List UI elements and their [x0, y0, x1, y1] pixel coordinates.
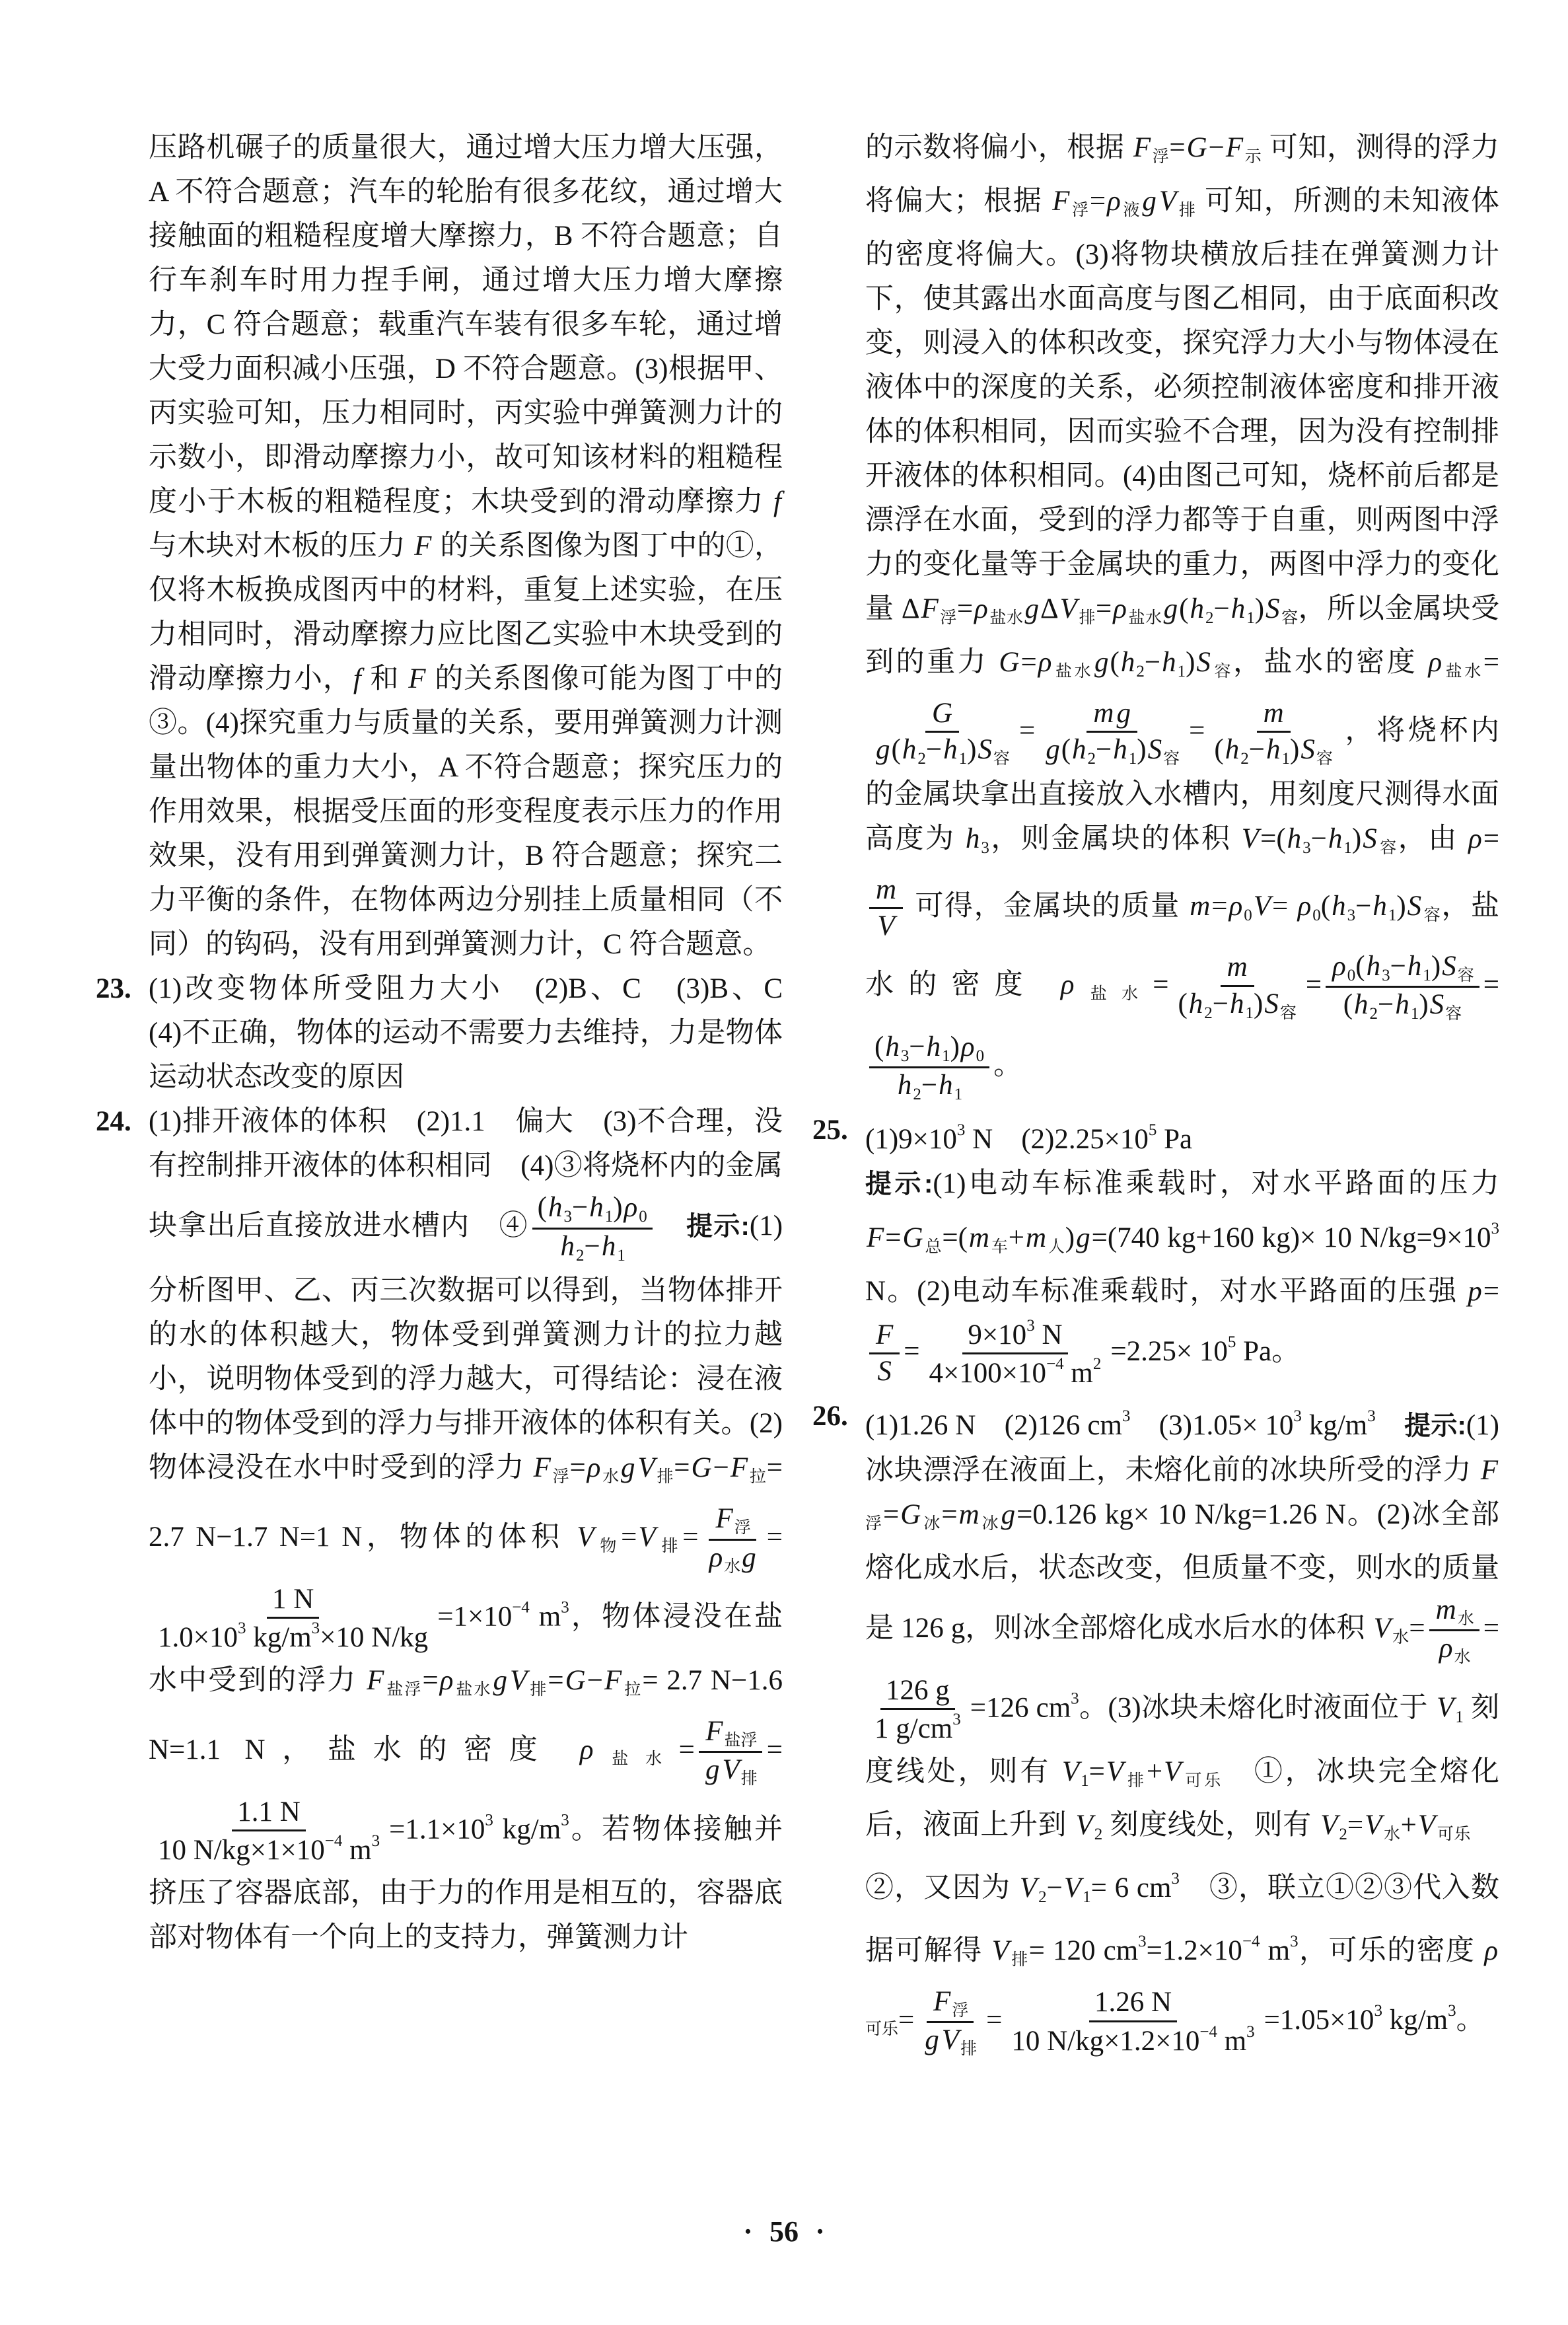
subscript: 示 — [1244, 148, 1262, 166]
math-variable: ρ — [623, 1192, 639, 1223]
text-run: = — [1483, 969, 1499, 1000]
subscript: 容 — [1423, 906, 1441, 924]
math-variable: F — [1051, 186, 1071, 217]
math-variable: ρ — [439, 1665, 455, 1696]
text-run: ( — [874, 1031, 884, 1062]
superscript: 3 — [1491, 1220, 1499, 1237]
fraction: mV — [869, 873, 903, 944]
text-run: ( — [1214, 734, 1223, 765]
fraction-denominator: (h2−h1)S容 — [1338, 988, 1467, 1025]
text-run: − — [1355, 891, 1371, 922]
subscript: 水 — [602, 1468, 620, 1486]
subscript: 1 — [1455, 1708, 1464, 1726]
subscript: 2 — [1136, 663, 1145, 681]
math-variable: V — [1075, 1810, 1094, 1841]
subscript: 盐浮 — [724, 1732, 757, 1750]
subscript: 3 — [981, 839, 989, 857]
fraction: ρ0(h3−h1)S容(h2−h1)S容 — [1326, 949, 1479, 1025]
math-variable: S — [1299, 734, 1316, 765]
text-run: − — [1378, 989, 1394, 1020]
text-run: 1 g/cm — [874, 1713, 952, 1744]
subscript: 浮 — [952, 2002, 968, 2020]
item-body: (1)改变物体所受阻力大小 (2)B、C (3)B、C (4)不正确，物体的运动… — [149, 967, 783, 1099]
math-variable: h — [1230, 593, 1247, 624]
superscript: 5 — [1149, 1121, 1157, 1139]
subscript: 总 — [925, 1238, 943, 1256]
fraction-numerator: F浮 — [709, 1502, 756, 1541]
text-run: = — [1306, 969, 1322, 1000]
math-variable: S — [1406, 891, 1423, 922]
math-variable: F — [1225, 132, 1244, 163]
item-body: (1)9×103 N (2)2.25×105 Pa提示:(1)电动车标准乘载时，… — [865, 1108, 1499, 1394]
math-variable: ρ — [708, 1542, 725, 1573]
text-run: 9×10 — [968, 1319, 1026, 1350]
math-variable: h — [1160, 647, 1178, 678]
answer-item: 26.(1)1.26 N (2)126 cm3 (3)1.05× 103 kg/… — [812, 1394, 1499, 2063]
fraction-denominator: ρ水 — [1433, 1631, 1476, 1668]
subscript: 盐水 — [989, 609, 1024, 627]
text-run: ( — [1321, 891, 1330, 922]
text-run: = 120 cm — [1029, 1935, 1139, 1966]
math-variable: m — [1435, 1594, 1458, 1625]
subscript: 2 — [1094, 1826, 1103, 1843]
subscript: 盐水 — [1128, 609, 1162, 627]
text-run: = — [1019, 715, 1035, 746]
math-variable: h — [1265, 734, 1282, 765]
math-variable: h — [1286, 823, 1303, 854]
subscript: 盐水 — [1443, 663, 1483, 681]
text-run: ) — [1431, 951, 1441, 982]
text-run: = — [422, 1665, 438, 1696]
text-run: 126 g — [886, 1675, 950, 1706]
subscript: 盐水 — [1076, 985, 1153, 1003]
math-variable: V — [876, 910, 896, 941]
math-variable: m — [1262, 698, 1285, 729]
math-variable: m — [874, 874, 898, 905]
math-variable: V — [721, 1754, 740, 1785]
fraction-numerator: 1.26 N — [1089, 1985, 1177, 2022]
text-run: = — [767, 1734, 783, 1765]
subscript: 水 — [1383, 1826, 1400, 1843]
math-variable: F — [1479, 1455, 1499, 1486]
subscript: 排 — [1178, 202, 1197, 219]
text-run: = — [1483, 1613, 1499, 1644]
text-run: =1×10 — [437, 1601, 512, 1632]
text-run: + — [1401, 1810, 1417, 1841]
fraction-denominator: ρ水g — [703, 1541, 763, 1578]
text-run: =1.2×10 — [1147, 1935, 1242, 1966]
subscript: 排 — [528, 1681, 548, 1699]
fraction: 1.26 N10 N/kg×1.2×10−4 m3 — [1006, 1985, 1260, 2059]
text-run: ，可乐的密度 — [1299, 1935, 1483, 1966]
fraction-denominator: (h2−h1)S容 — [1209, 733, 1337, 770]
math-variable: G — [931, 698, 954, 729]
subscript: 容 — [1445, 1005, 1462, 1023]
subscript: 1 — [1411, 1005, 1419, 1023]
text-run: = — [1096, 593, 1112, 624]
math-variable: ρ — [960, 1031, 976, 1062]
text-run: 的示数将偏小，根据 — [865, 132, 1132, 163]
subscript: 0 — [1244, 906, 1252, 924]
fraction-numerator: (h3−h1)ρ0 — [869, 1030, 989, 1069]
math-variable: h — [1071, 734, 1088, 765]
math-variable: F — [365, 1665, 385, 1696]
text-run: =1.1×10 — [389, 1814, 485, 1845]
subscript: 水 — [1458, 1610, 1474, 1628]
text-run: ) — [1254, 988, 1263, 1019]
fraction-denominator: gV排 — [918, 2023, 982, 2060]
text-run: − — [921, 1070, 937, 1101]
math-variable: V — [1063, 1872, 1083, 1903]
math-variable: G — [899, 1499, 922, 1530]
text-run: ( — [892, 734, 901, 765]
math-variable: ρ — [579, 1734, 595, 1765]
text-run: − — [1213, 593, 1229, 624]
math-variable: m — [1226, 951, 1249, 982]
math-variable: g — [492, 1665, 509, 1696]
math-variable: h — [925, 1031, 943, 1062]
subscript: 浮 — [865, 1515, 883, 1533]
text-run: m — [1217, 2026, 1246, 2057]
math-variable: F — [532, 1452, 552, 1483]
text-run: − — [1145, 647, 1160, 678]
math-variable: h — [1188, 593, 1205, 624]
subscript: 0 — [639, 1208, 647, 1226]
subscript: 1 — [1343, 839, 1352, 857]
text-run: − — [1209, 132, 1225, 163]
text-run: = — [767, 1522, 783, 1553]
text-run: 4×100×10 — [929, 1358, 1047, 1389]
subscript: 排 — [657, 1537, 683, 1555]
math-variable: ρ — [1483, 1935, 1499, 1966]
math-variable: g — [1115, 698, 1132, 729]
superscript: 3 — [561, 1811, 569, 1829]
subscript: 1 — [617, 1247, 625, 1265]
subscript: 0 — [976, 1047, 985, 1065]
hint-label: 提示: — [686, 1212, 750, 1241]
math-variable: m — [1092, 698, 1115, 729]
math-variable: ρ — [1438, 1633, 1454, 1664]
superscript: 3 — [952, 1711, 961, 1728]
fraction-denominator: 10 N/kg×1.2×10−4 m3 — [1006, 2022, 1260, 2059]
math-variable: V — [637, 1522, 657, 1553]
subscript: 浮 — [1071, 202, 1090, 219]
text-run: 和 — [363, 663, 407, 694]
math-variable: V — [1061, 1756, 1081, 1787]
text-run: 1.0×10 — [158, 1622, 238, 1653]
math-variable: V — [1435, 1692, 1455, 1723]
subscript: 排 — [1079, 609, 1096, 627]
math-variable: g — [923, 2024, 941, 2055]
text-run: − — [572, 1192, 588, 1223]
math-variable: V — [1319, 1810, 1339, 1841]
subscript: 容 — [993, 750, 1010, 768]
text-run: 10 N/kg×1×10 — [158, 1835, 325, 1866]
fraction: (h3−h1)ρ0h2−h1 — [869, 1030, 989, 1105]
text-run: ( — [1355, 951, 1365, 982]
superscript: 5 — [1228, 1333, 1236, 1351]
text-run: m — [1260, 1935, 1291, 1966]
superscript: −4 — [325, 1832, 343, 1850]
text-run: 的关系图像可能为图丁中的③。(4)探究重力与质量的关系，要用弹簧测力计测量出物体… — [149, 663, 783, 960]
text-run: ，则金属块的体积 — [989, 823, 1240, 854]
superscript: −4 — [1242, 1933, 1260, 1950]
text-run: − — [926, 734, 942, 765]
subscript: 2 — [1205, 609, 1214, 627]
math-variable: ρ — [1059, 969, 1076, 1000]
fraction: FS — [869, 1318, 900, 1389]
superscript: 3 — [485, 1811, 493, 1829]
text-run: 压路机碾子的质量很大，通过增大压力增大压强，A 不符合题意；汽车的轮胎有很多花纹… — [149, 132, 783, 517]
superscript: −4 — [512, 1598, 530, 1616]
fraction-numerator: 1 N — [267, 1582, 319, 1619]
math-variable: h — [1353, 989, 1370, 1020]
text-run: = — [1153, 969, 1168, 1000]
math-variable: g — [1023, 593, 1040, 624]
text-run: = — [957, 593, 973, 624]
subscript: 水 — [1454, 1648, 1471, 1666]
subscript: 排 — [960, 2040, 977, 2058]
math-variable: G — [1186, 132, 1209, 163]
math-variable: g — [1000, 1499, 1017, 1530]
subscript: 3 — [563, 1208, 572, 1226]
fraction-numerator: F浮 — [927, 1985, 974, 2024]
math-variable: F — [704, 1716, 724, 1747]
subscript: 1 — [954, 1086, 963, 1103]
subscript: 冰 — [922, 1515, 941, 1533]
text-run: = — [621, 1522, 637, 1553]
text-run: Δ — [1040, 593, 1059, 624]
fraction-denominator: 4×100×10−4 m2 — [924, 1354, 1107, 1391]
text-run: ) — [950, 1031, 960, 1062]
math-variable: m — [958, 1499, 981, 1530]
subscript: 1 — [1178, 663, 1186, 681]
math-variable: h — [600, 1231, 618, 1262]
page-footer: •56• — [0, 2215, 1568, 2248]
subscript: 排 — [657, 1468, 674, 1486]
math-variable: m — [1188, 891, 1211, 922]
text-run: 1 N — [272, 1584, 314, 1615]
subscript: 浮 — [1152, 148, 1169, 166]
fraction-numerator: m水 — [1429, 1593, 1479, 1632]
fraction: 1.1 N10 N/kg×1×10−4 m3 — [153, 1795, 385, 1868]
subscript: 盐水 — [1053, 663, 1093, 681]
subscript: 3 — [1382, 967, 1390, 984]
text-run: − — [587, 1665, 603, 1696]
text-run: m — [530, 1601, 561, 1632]
fraction-denominator: V — [871, 909, 901, 943]
text-run: =2.25× 10 — [1110, 1336, 1228, 1367]
left-column: 压路机碾子的质量很大，通过增大压力增大压强，A 不符合题意；汽车的轮胎有很多花纹… — [96, 126, 783, 1960]
math-variable: g — [620, 1452, 637, 1483]
subscript: 0 — [1347, 967, 1356, 984]
text-run: = — [679, 1734, 695, 1765]
text-run: 1.1 N — [237, 1796, 301, 1827]
text-run: m — [342, 1835, 371, 1866]
item-body: 压路机碾子的质量很大，通过增大压力增大压强，A 不符合题意；汽车的轮胎有很多花纹… — [149, 126, 783, 967]
item-body: (1)1.26 N (2)126 cm3 (3)1.05× 103 kg/m3 … — [865, 1394, 1499, 2063]
answer-key-page: 压路机碾子的质量很大，通过增大压力增大压强，A 不符合题意；汽车的轮胎有很多花纹… — [0, 0, 1568, 2325]
math-variable: ρ — [1228, 891, 1244, 922]
fraction-numerator: m — [1257, 696, 1291, 733]
subscript: 盐水 — [454, 1681, 491, 1699]
text-run: = — [885, 1222, 901, 1253]
superscript: 3 — [1448, 2002, 1456, 2020]
math-variable: S — [1263, 988, 1280, 1019]
subscript: 1 — [1246, 1004, 1254, 1022]
math-variable: V — [941, 2024, 960, 2055]
superscript: 3 — [1138, 1933, 1147, 1950]
math-variable: h — [1365, 951, 1382, 982]
math-variable: V — [1372, 1613, 1392, 1644]
superscript: −4 — [1046, 1355, 1064, 1373]
subscript: 容 — [1163, 750, 1180, 768]
text-run: ) — [1065, 1222, 1075, 1253]
fraction: m水ρ水 — [1429, 1593, 1479, 1668]
subscript: 液 — [1122, 202, 1141, 219]
superscript: 3 — [1246, 2023, 1255, 2041]
subscript: 2 — [1204, 1004, 1213, 1022]
math-variable: S — [1361, 823, 1378, 854]
text-run: (1)1.26 N (2)126 cm — [865, 1410, 1122, 1441]
math-variable: S — [1429, 989, 1446, 1020]
text-run: = — [1169, 132, 1185, 163]
math-variable: F — [714, 1503, 734, 1534]
subscript: 1 — [1081, 1772, 1089, 1790]
subscript: 2 — [1240, 750, 1249, 768]
math-variable: ρ — [1112, 593, 1128, 624]
subscript: 2 — [1038, 1888, 1047, 1906]
math-variable: ρ — [1427, 647, 1443, 678]
math-variable: V — [1240, 823, 1260, 854]
text-run: = — [1272, 891, 1297, 922]
subscript: 3 — [901, 1047, 909, 1065]
item-body: (1)排开液体的体积 (2)1.1 偏大 (3)不合理，没有控制排开液体的体积相… — [149, 1099, 783, 1960]
footer-right-dot-icon: • — [817, 2222, 823, 2241]
text-run: 可知，所测的未知液体的密度将偏大。(3)将物块横放后挂在弹簧测力计下，使其露出水… — [865, 186, 1499, 624]
math-variable: h — [1327, 823, 1344, 854]
text-run: = — [941, 1499, 957, 1530]
item-number: 26. — [812, 1394, 848, 1438]
subscript: 2 — [576, 1247, 585, 1265]
paragraph: 的示数将偏小，根据 F浮=G−F示 可知，测得的浮力将偏大；根据 F浮=ρ液gV… — [812, 126, 1499, 1108]
text-run: − — [1390, 951, 1406, 982]
text-run: ) — [1290, 734, 1299, 765]
math-variable: h — [1224, 734, 1241, 765]
text-run: m — [1064, 1358, 1093, 1389]
subscript: 2 — [1088, 750, 1096, 768]
math-variable: G — [690, 1452, 713, 1483]
text-run: − — [1311, 823, 1327, 854]
subscript: 容 — [1458, 967, 1474, 984]
text-run: kg/m — [1382, 2005, 1448, 2036]
text-run: ( — [1061, 734, 1071, 765]
text-run: N (2)2.25×10 — [965, 1124, 1148, 1155]
superscript: 3 — [1171, 1870, 1180, 1888]
subscript: 可乐 — [1182, 1772, 1223, 1790]
fraction: m(h2−h1)S容 — [1172, 950, 1301, 1023]
superscript: 3 — [1293, 1407, 1302, 1425]
math-variable: h — [942, 734, 959, 765]
subscript: 排 — [1125, 1772, 1147, 1790]
fraction-denominator: h2−h1 — [554, 1230, 631, 1267]
fraction: (h3−h1)ρ0h2−h1 — [532, 1191, 653, 1266]
text-run: = — [1483, 823, 1499, 854]
fraction: 1 N1.0×103 kg/m3×10 N/kg — [153, 1582, 433, 1656]
fraction-denominator: (h2−h1)S容 — [1172, 987, 1301, 1024]
text-run: 可得，金属块的质量 — [907, 891, 1188, 922]
subscript: 可乐 — [1437, 1826, 1471, 1843]
text-run: Pa。 — [1236, 1336, 1300, 1367]
text-run: + — [1147, 1756, 1162, 1787]
text-run: 10 N/kg×1.2×10 — [1011, 2026, 1199, 2057]
fraction-denominator: h2−h1 — [891, 1068, 968, 1105]
math-variable: m — [1024, 1222, 1048, 1253]
math-variable: F — [932, 1986, 952, 2017]
math-variable: ρ — [1037, 647, 1053, 678]
text-run: = — [1189, 715, 1205, 746]
text-run: = — [883, 1499, 899, 1530]
subscript: 容 — [1378, 839, 1398, 857]
hint-label: 提示: — [865, 1169, 933, 1199]
fraction: 126 g1 g/cm3 — [869, 1674, 966, 1747]
subscript: 可乐 — [865, 2020, 898, 2038]
text-run: ，由 — [1398, 823, 1467, 854]
right-column: 的示数将偏小，根据 F浮=G−F示 可知，测得的浮力将偏大；根据 F浮=ρ液gV… — [812, 126, 1499, 2063]
subscript: 水 — [1392, 1629, 1409, 1646]
fraction-denominator: 1.0×103 kg/m3×10 N/kg — [153, 1619, 433, 1655]
math-variable: h — [1394, 989, 1411, 1020]
math-variable: V — [509, 1665, 528, 1696]
text-run: ) — [1255, 593, 1264, 624]
fraction-numerator: (h3−h1)ρ0 — [532, 1191, 653, 1230]
text-run: − — [1047, 1872, 1063, 1903]
text-run: ×10 N/kg — [320, 1622, 428, 1653]
text-run: − — [1213, 988, 1229, 1019]
math-variable: h — [1371, 891, 1388, 922]
subscript: 1 — [1423, 967, 1431, 984]
superscript: 3 — [312, 1619, 320, 1637]
math-variable: V — [1363, 1810, 1383, 1841]
text-run — [1376, 1410, 1404, 1441]
math-variable: V — [1059, 593, 1079, 624]
text-run: =( — [942, 1222, 968, 1253]
math-variable: m — [968, 1222, 991, 1253]
item-number: 25. — [812, 1108, 848, 1152]
subscript: 拉 — [749, 1468, 767, 1486]
math-variable: S — [1264, 593, 1281, 624]
answer-item: 23.(1)改变物体所受阻力大小 (2)B、C (3)B、C (4)不正确，物体… — [96, 967, 783, 1099]
fraction-numerator: 9×103 N — [962, 1316, 1067, 1354]
text-run: 与木块对木板的压力 — [149, 531, 413, 562]
math-variable: h — [1406, 951, 1423, 982]
text-run: − — [713, 1452, 729, 1483]
subscript: 1 — [959, 750, 968, 768]
text-run: ，盐水的密度 — [1233, 647, 1427, 678]
subscript: 冰 — [981, 1515, 1000, 1533]
math-variable: h — [937, 1070, 954, 1101]
text-run: (1)9×10 — [865, 1124, 957, 1155]
text-run: = — [1409, 1613, 1425, 1644]
text-run: = — [904, 1336, 919, 1367]
subscript: 容 — [1280, 1004, 1297, 1022]
fraction-numerator: F — [869, 1318, 900, 1354]
fraction-denominator: 1 g/cm3 — [869, 1710, 966, 1746]
math-variable: V — [991, 1935, 1011, 1966]
text-run: = — [1483, 647, 1499, 678]
math-variable: h — [901, 734, 918, 765]
fraction: F浮ρ水g — [703, 1502, 763, 1577]
